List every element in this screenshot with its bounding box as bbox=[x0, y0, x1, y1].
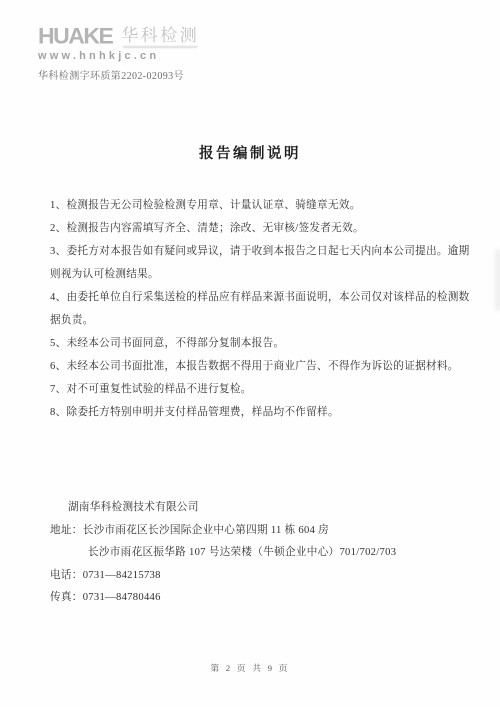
page-number: 第 2 页 共 9 页 bbox=[0, 661, 500, 674]
company-name: 湖南华科检测技术有限公司 bbox=[50, 497, 470, 520]
document-number: 华科检测字环质第2202-02093号 bbox=[38, 67, 199, 82]
fax-value: 0731—84780446 bbox=[83, 592, 161, 603]
company-fax-line: 传真：0731—84780446 bbox=[50, 587, 470, 610]
note-line-5: 4、由委托单位自行采集送检的样品应有样品来源书面说明，本公司仅对该样品的检测数 bbox=[50, 286, 464, 309]
logo-tagline-microtext bbox=[123, 46, 197, 48]
phone-value: 0731—84215738 bbox=[83, 570, 161, 581]
company-address-line2: 长沙市雨花区振华路 107 号达荣楼（牛顿企业中心）701/702/703 bbox=[50, 542, 470, 565]
address-label: 地址： bbox=[50, 525, 83, 536]
note-line-3: 3、委托方对本报告如有疑问或异议，请于收到本报告之日起七天内向本公司提出。逾期 bbox=[50, 240, 464, 263]
logo-chinese-name: 华科检测 bbox=[121, 26, 199, 45]
note-line-1: 1、检测报告无公司检验检测专用章、计量认证章、骑缝章无效。 bbox=[50, 194, 464, 217]
phone-label: 电话： bbox=[50, 570, 83, 581]
note-line-2: 2、检测报告内容需填写齐全、清楚；涂改、无审核/签发者无效。 bbox=[50, 217, 464, 240]
report-header: HUAKE 华科检测 www.hnhkjc.cn 华科检测字环质第2202-02… bbox=[38, 26, 199, 82]
address-value-1: 长沙市雨花区长沙国际企业中心第四期 11 栋 604 房 bbox=[83, 525, 329, 536]
logo-wordmark: HUAKE bbox=[38, 27, 112, 47]
company-phone-line: 电话：0731—84215738 bbox=[50, 565, 470, 588]
address-value-2: 长沙市雨花区振华路 107 号达荣楼（牛顿企业中心）701/702/703 bbox=[88, 547, 396, 558]
company-logo: HUAKE 华科检测 bbox=[38, 26, 199, 48]
scan-artifact bbox=[496, 250, 500, 310]
note-line-7: 5、未经本公司书面同意，不得部分复制本报告。 bbox=[50, 332, 464, 355]
page-title: 报告编制说明 bbox=[0, 142, 500, 163]
company-address-line1: 地址：长沙市雨花区长沙国际企业中心第四期 11 栋 604 房 bbox=[50, 520, 470, 543]
note-line-6: 据负责。 bbox=[50, 309, 464, 332]
fax-label: 传真： bbox=[50, 592, 83, 603]
note-line-8: 6、未经本公司书面批准，本报告数据不得用于商业广告、不得作为诉讼的证据材料。 bbox=[50, 355, 464, 378]
note-line-9: 7、对不可重复性试验的样品不进行复检。 bbox=[50, 378, 464, 401]
document-page: HUAKE 华科检测 www.hnhkjc.cn 华科检测字环质第2202-02… bbox=[0, 0, 500, 707]
notes-list: 1、检测报告无公司检验检测专用章、计量认证章、骑缝章无效。 2、检测报告内容需填… bbox=[50, 194, 464, 424]
company-website: www.hnhkjc.cn bbox=[38, 50, 199, 62]
note-line-10: 8、除委托方特别申明并支付样品管理费，样品均不作留样。 bbox=[50, 401, 464, 424]
logo-chinese-name-block: 华科检测 bbox=[121, 26, 199, 48]
company-info-block: 湖南华科检测技术有限公司 地址：长沙市雨花区长沙国际企业中心第四期 11 栋 6… bbox=[50, 497, 470, 610]
note-line-4: 则视为认可检测结果。 bbox=[50, 263, 464, 286]
